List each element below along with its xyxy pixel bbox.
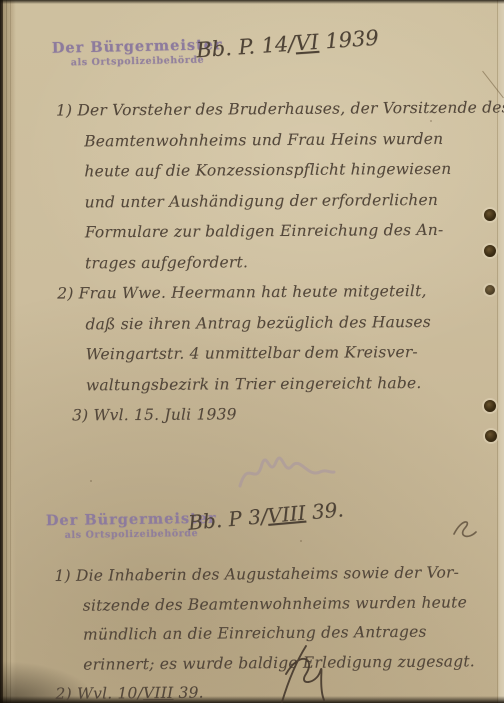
entry-line: Beamtenwohnheims und Frau Heins wurden xyxy=(56,123,494,157)
punch-hole xyxy=(485,430,497,442)
date-text: 2) Wvl. 10/ xyxy=(55,684,143,703)
top-shadow-edge xyxy=(0,0,504,4)
binding-page-edges xyxy=(3,0,16,703)
entry-line: 1) Die Inhaberin des Augustaheims sowie … xyxy=(54,558,496,591)
entry-line: sitzende des Beamtenwohnheims wurden heu… xyxy=(55,588,497,621)
file-reference-annotation: Bb. P. 14/VI 1939 xyxy=(195,26,379,63)
annotation-year: 1939 xyxy=(318,26,380,54)
date-roman-numeral: VIII xyxy=(143,684,174,702)
entry-line: daß sie ihren Antrag bezüglich des Hause… xyxy=(57,306,495,340)
date-year: 39. xyxy=(173,684,204,702)
resubmission-date-line: 3) Wvl. 15. Juli 1939 xyxy=(58,397,496,431)
entry-line: 1) Der Vorsteher des Bruderhauses, der V… xyxy=(56,92,494,126)
margin-pencil-squiggle xyxy=(448,508,482,548)
paper-speck xyxy=(430,120,432,122)
annotation-roman-numeral: VIII xyxy=(266,501,306,528)
paper-speck xyxy=(300,540,302,542)
handwritten-entry-1: 1) Der Vorsteher des Bruderhauses, der V… xyxy=(56,92,496,431)
entry-line: 2) Frau Wwe. Heermann hat heute mitgetei… xyxy=(57,275,495,309)
entry-line: und unter Aushändigung der erforderliche… xyxy=(56,184,494,218)
annotation-year: 39. xyxy=(304,497,344,524)
annotation-roman-numeral: VI xyxy=(294,30,319,56)
document-page: Der Bürgermeister als Ortspolizeibehörde… xyxy=(0,0,504,703)
entry-line: heute auf die Konzessionspflicht hingewi… xyxy=(56,153,494,187)
file-reference-annotation: Bb. P 3/VIII 39. xyxy=(187,497,344,534)
entry-line: waltungsbezirk in Trier eingereicht habe… xyxy=(58,367,496,401)
signature-paraph-ink xyxy=(272,642,342,703)
entry-line: Formulare zur baldigen Einreichung des A… xyxy=(57,214,495,248)
signature-paraph-faint xyxy=(232,446,342,496)
annotation-text: Bb. P 3/ xyxy=(187,504,268,535)
paper-speck xyxy=(90,480,92,482)
entry-line: trages aufgefordert. xyxy=(57,245,495,279)
entry-line: Weingartstr. 4 unmittelbar dem Kreisver- xyxy=(58,336,496,370)
